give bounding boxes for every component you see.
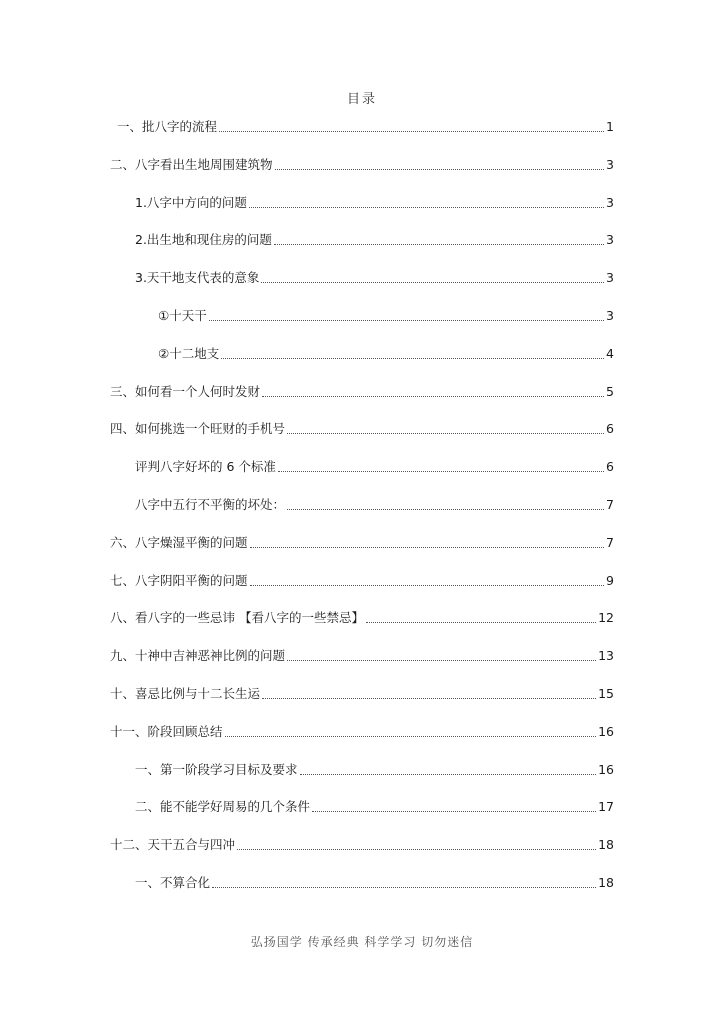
toc-entry-page: 3 [606, 155, 614, 175]
toc-entry[interactable]: 十、喜忌比例与十二长生运 15 [0, 684, 724, 722]
toc-entry-text: 一、不算合化 [135, 873, 210, 893]
toc-entry-page: 6 [606, 457, 614, 477]
dot-leader [287, 646, 596, 661]
toc-entry[interactable]: 十一、阶段回顾总结 16 [0, 722, 724, 760]
toc-entry[interactable]: 一、第一阶段学习目标及要求 16 [0, 760, 724, 798]
toc-entry[interactable]: 三、如何看一个人何时发财 5 [0, 382, 724, 420]
toc-entry-text: 八、看八字的一些忌讳 【看八字的一些禁忌】 [110, 608, 364, 628]
toc-entry-text: 九、十神中吉神恶神比例的问题 [110, 646, 285, 666]
dot-leader [219, 117, 604, 132]
toc-entry-page: 3 [606, 193, 614, 213]
dot-leader [212, 873, 596, 888]
toc-entry-text: 三、如何看一个人何时发财 [110, 382, 260, 402]
dot-leader [250, 533, 605, 548]
dot-leader [287, 419, 604, 434]
dot-leader [275, 155, 605, 170]
toc-entry-text: 3.天干地支代表的意象 [135, 268, 259, 288]
toc-entry[interactable]: ②十二地支 4 [0, 344, 724, 382]
toc-entry-text: 十、喜忌比例与十二长生运 [110, 684, 260, 704]
toc-entry[interactable]: 八、看八字的一些忌讳 【看八字的一些禁忌】 12 [0, 608, 724, 646]
dot-leader [249, 193, 604, 208]
dot-leader [366, 608, 596, 623]
toc-entry-text: 七、八字阴阳平衡的问题 [110, 571, 248, 591]
toc-entry[interactable]: 七、八字阴阳平衡的问题 9 [0, 571, 724, 609]
toc-entry-text: 八字中五行不平衡的坏处： [135, 495, 285, 515]
toc-entry-text: 二、八字看出生地周围建筑物 [110, 155, 273, 175]
toc-entry-page: 16 [598, 760, 614, 780]
toc-entry-page: 13 [598, 646, 614, 666]
toc-entry-page: 15 [598, 684, 614, 704]
toc-entry[interactable]: 评判八字好坏的 6 个标准 6 [0, 457, 724, 495]
toc-entry-page: 3 [606, 268, 614, 288]
toc-entry-page: 7 [606, 533, 614, 553]
toc-entry-text: ①十天干 [158, 306, 207, 326]
toc-entry-page: 9 [606, 571, 614, 591]
toc-entry-page: 6 [606, 419, 614, 439]
document-page: 目录 一、批八字的流程 1 二、八字看出生地周围建筑物 3 1.八字中方向的问题… [0, 0, 724, 1024]
toc-entry[interactable]: ①十天干 3 [0, 306, 724, 344]
toc-entry-page: 4 [606, 344, 614, 364]
toc-entry-page: 18 [598, 873, 614, 893]
toc-entry-text: 一、第一阶段学习目标及要求 [135, 760, 298, 780]
toc-entry[interactable]: 二、能不能学好周易的几个条件 17 [0, 797, 724, 835]
dot-leader [278, 457, 604, 472]
toc-entry-text: 十一、阶段回顾总结 [110, 722, 223, 742]
dot-leader [225, 722, 597, 737]
dot-leader [261, 268, 604, 283]
toc-entry-page: 1 [606, 117, 614, 137]
page-footer-motto: 弘扬国学 传承经典 科学学习 切勿迷信 [0, 933, 724, 950]
toc-list: 一、批八字的流程 1 二、八字看出生地周围建筑物 3 1.八字中方向的问题 3 … [0, 117, 724, 911]
dot-leader [250, 571, 605, 586]
toc-entry[interactable]: 一、不算合化 18 [0, 873, 724, 911]
toc-entry-text: 1.八字中方向的问题 [135, 193, 247, 213]
toc-entry-text: 二、能不能学好周易的几个条件 [135, 797, 310, 817]
toc-title: 目录 [0, 88, 724, 107]
toc-entry-page: 12 [598, 608, 614, 628]
toc-entry-page: 16 [598, 722, 614, 742]
toc-entry-text: 2.出生地和现住房的问题 [135, 230, 272, 250]
dot-leader [274, 230, 604, 245]
toc-entry-page: 5 [606, 382, 614, 402]
toc-entry[interactable]: 1.八字中方向的问题 3 [0, 193, 724, 231]
dot-leader [221, 344, 604, 359]
toc-entry[interactable]: 六、八字燥湿平衡的问题 7 [0, 533, 724, 571]
toc-entry[interactable]: 3.天干地支代表的意象 3 [0, 268, 724, 306]
toc-entry-page: 3 [606, 230, 614, 250]
toc-entry[interactable]: 二、八字看出生地周围建筑物 3 [0, 155, 724, 193]
toc-entry-page: 3 [606, 306, 614, 326]
toc-entry-page: 17 [598, 797, 614, 817]
toc-entry[interactable]: 十二、天干五合与四冲 18 [0, 835, 724, 873]
dot-leader [237, 835, 596, 850]
dot-leader [312, 797, 596, 812]
dot-leader [287, 495, 604, 510]
dot-leader [262, 684, 596, 699]
toc-entry-text: 四、如何挑选一个旺财的手机号 [110, 419, 285, 439]
toc-entry-text: 一、批八字的流程 [117, 117, 217, 137]
toc-entry-text: 六、八字燥湿平衡的问题 [110, 533, 248, 553]
toc-entry[interactable]: 八字中五行不平衡的坏处： 7 [0, 495, 724, 533]
dot-leader [209, 306, 604, 321]
toc-entry-text: ②十二地支 [158, 344, 219, 364]
toc-entry[interactable]: 九、十神中吉神恶神比例的问题 13 [0, 646, 724, 684]
dot-leader [300, 760, 597, 775]
toc-entry-text: 十二、天干五合与四冲 [110, 835, 235, 855]
toc-entry-page: 18 [598, 835, 614, 855]
dot-leader [262, 382, 604, 397]
toc-entry[interactable]: 2.出生地和现住房的问题 3 [0, 230, 724, 268]
toc-entry-page: 7 [606, 495, 614, 515]
toc-entry-text: 评判八字好坏的 6 个标准 [135, 457, 276, 477]
toc-entry[interactable]: 一、批八字的流程 1 [0, 117, 724, 155]
toc-entry[interactable]: 四、如何挑选一个旺财的手机号 6 [0, 419, 724, 457]
